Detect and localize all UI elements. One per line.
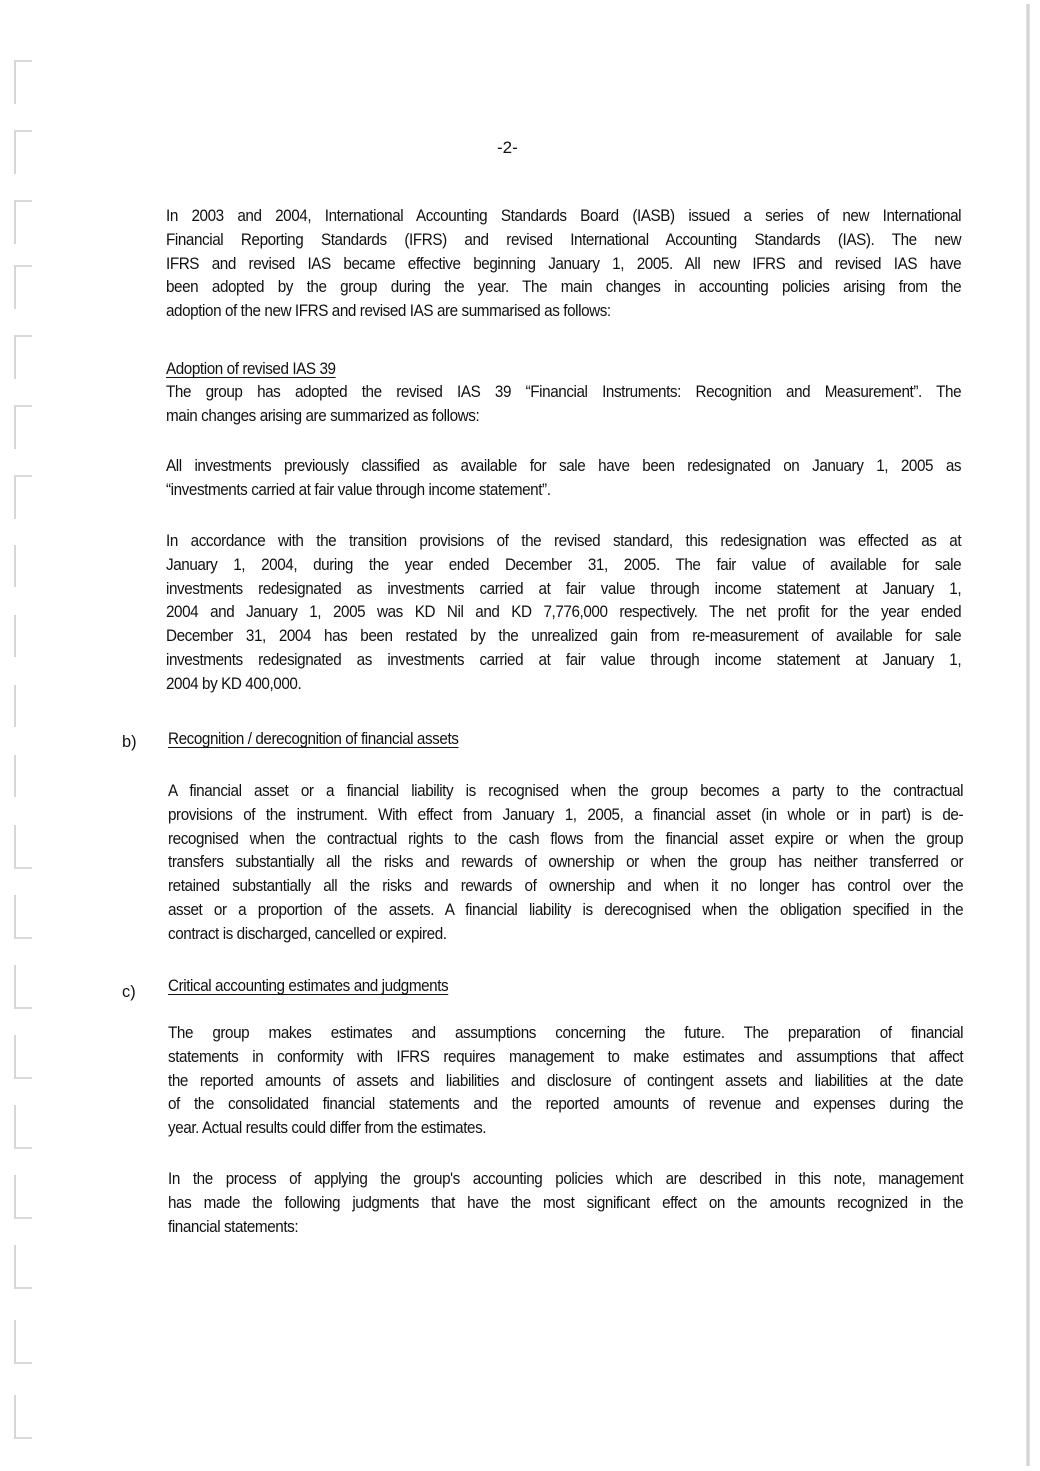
page-edge-shadow <box>1026 4 1030 1466</box>
text-line: investments redesignated as investments … <box>166 649 961 673</box>
section-b-paragraph: A financial asset or a financial liabili… <box>168 780 963 947</box>
binder-mark <box>14 1395 32 1439</box>
text-line: Financial Reporting Standards (IFRS) and… <box>166 229 961 253</box>
binder-mark <box>14 895 32 939</box>
text-line: retained substantially all the risks and… <box>168 875 963 899</box>
text-line: IFRS and revised IAS became effective be… <box>166 253 961 277</box>
section-a-paragraph-3: In accordance with the transition provis… <box>166 530 961 697</box>
text-line: “investments carried at fair value throu… <box>166 479 961 503</box>
binder-mark <box>14 685 32 727</box>
document-page: -2- In 2003 and 2004, International Acco… <box>0 0 1040 1471</box>
binder-mark <box>14 1245 32 1289</box>
section-c-label: c) <box>122 983 136 1002</box>
text-line: statements in conformity with IFRS requi… <box>168 1046 963 1070</box>
text-line: contract is discharged, cancelled or exp… <box>168 923 963 947</box>
text-line: In the process of applying the group's a… <box>168 1168 963 1192</box>
text-line: year. Actual results could differ from t… <box>168 1117 963 1141</box>
section-c-heading: Critical accounting estimates and judgme… <box>168 977 448 996</box>
text-line: The group makes estimates and assumption… <box>168 1022 963 1046</box>
text-line: 2004 by KD 400,000. <box>166 673 961 697</box>
text-line: In accordance with the transition provis… <box>166 530 961 554</box>
text-line: provisions of the instrument. With effec… <box>168 804 963 828</box>
text-line: A financial asset or a financial liabili… <box>168 780 963 804</box>
text-line: December 31, 2004 has been restated by t… <box>166 625 961 649</box>
text-line: been adopted by the group during the yea… <box>166 276 961 300</box>
text-line: has made the following judgments that ha… <box>168 1192 963 1216</box>
section-c-paragraph-2: In the process of applying the group's a… <box>168 1168 963 1239</box>
binder-mark <box>14 1320 32 1364</box>
text-line: main changes arising are summarized as f… <box>166 405 961 429</box>
binder-mark <box>14 825 32 869</box>
text-line: All investments previously classified as… <box>166 455 961 479</box>
text-line: recognised when the contractual rights t… <box>168 828 963 852</box>
binder-mark <box>14 1035 32 1079</box>
binder-marks <box>14 0 44 1471</box>
binder-mark <box>14 60 32 104</box>
text-line: financial statements: <box>168 1216 963 1240</box>
binder-mark <box>14 615 32 657</box>
binder-mark <box>14 265 32 309</box>
binder-mark <box>14 545 32 587</box>
page-number: -2- <box>497 138 518 158</box>
text-line: January 1, 2004, during the year ended D… <box>166 554 961 578</box>
binder-mark <box>14 965 32 1009</box>
text-line: of the consolidated financial statements… <box>168 1093 963 1117</box>
binder-mark <box>14 475 32 519</box>
intro-paragraph: In 2003 and 2004, International Accounti… <box>166 205 961 324</box>
binder-mark <box>14 1105 32 1149</box>
section-a-paragraph-2: All investments previously classified as… <box>166 455 961 503</box>
binder-mark <box>14 200 32 244</box>
section-b-heading: Recognition / derecognition of financial… <box>168 730 458 749</box>
binder-mark <box>14 1175 32 1219</box>
text-line: In 2003 and 2004, International Accounti… <box>166 205 961 229</box>
text-line: transfers substantially all the risks an… <box>168 851 963 875</box>
text-line: 2004 and January 1, 2005 was KD Nil and … <box>166 601 961 625</box>
text-line: adoption of the new IFRS and revised IAS… <box>166 300 961 324</box>
text-line: The group has adopted the revised IAS 39… <box>166 381 961 405</box>
text-line: asset or a proportion of the assets. A f… <box>168 899 963 923</box>
section-b-label: b) <box>122 733 137 752</box>
section-c-paragraph-1: The group makes estimates and assumption… <box>168 1022 963 1141</box>
binder-mark <box>14 755 32 797</box>
binder-mark <box>14 130 32 174</box>
binder-mark <box>14 335 32 379</box>
text-line: the reported amounts of assets and liabi… <box>168 1070 963 1094</box>
section-a-paragraph-1: The group has adopted the revised IAS 39… <box>166 381 961 429</box>
binder-mark <box>14 405 32 449</box>
text-line: investments redesignated as investments … <box>166 578 961 602</box>
section-a-heading: Adoption of revised IAS 39 <box>166 360 336 379</box>
